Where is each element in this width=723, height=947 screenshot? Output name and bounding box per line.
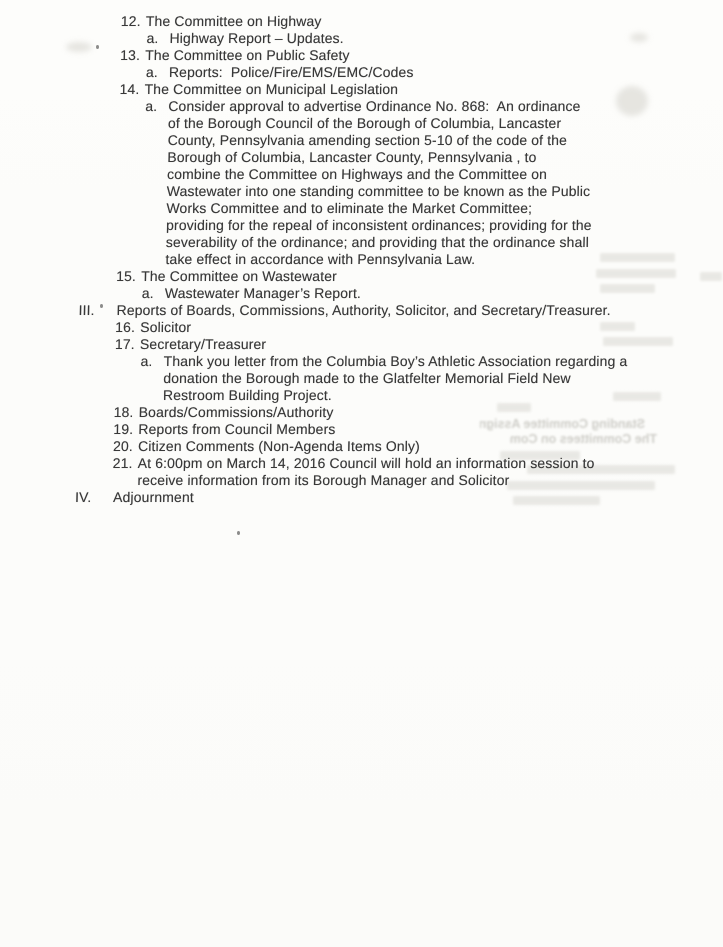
item-marker: 17. [115, 336, 140, 353]
agenda-item-14: 14.The Committee on Municipal Legislatio… [0, 81, 722, 98]
agenda-item-17: 17.Secretary/Treasurer [0, 336, 717, 353]
scan-smudge [616, 86, 648, 116]
scan-speck [237, 531, 240, 535]
item-text: Reports from Council Members [138, 421, 715, 438]
agenda-item-20: 20.Citizen Comments (Non-Agenda Items On… [0, 438, 715, 455]
item-text: Citizen Comments (Non-Agenda Items Only) [138, 438, 715, 455]
item-marker: a. [142, 285, 165, 302]
agenda-item-12: 12.The Committee on Highway [0, 13, 723, 30]
scan-smudge [66, 42, 92, 52]
agenda-item-a: a.Reports: Police/Fire/EMS/EMC/Codes [0, 64, 722, 81]
agenda-item-iv: IV.Adjournment [0, 489, 714, 506]
item-marker: 21. [113, 455, 138, 472]
item-text: The Committee on Highway [146, 13, 723, 30]
scan-speck [100, 304, 103, 308]
agenda-item-iii: III.Reports of Boards, Commissions, Auth… [0, 302, 718, 319]
item-text: Reports: Police/Fire/EMS/EMC/Codes [169, 64, 722, 81]
item-marker: 20. [113, 438, 138, 455]
item-text: The Committee on Wastewater [141, 268, 718, 285]
item-marker: a. [146, 30, 169, 47]
item-marker: 15. [116, 268, 141, 285]
agenda-item-a: a.Wastewater Manager’s Report. [0, 285, 718, 302]
item-text: Adjournment [113, 489, 714, 506]
item-marker: 13. [120, 47, 145, 64]
item-text: Reports of Boards, Commissions, Authorit… [116, 302, 717, 319]
agenda-item-21: 21.At 6:00pm on March 14, 2016 Council w… [0, 455, 715, 489]
item-marker: a. [140, 353, 163, 370]
item-marker: III. [78, 302, 116, 319]
item-text: Wastewater Manager’s Report. [165, 285, 718, 302]
scanned-agenda-page: { "page": { "background_color": "#fcfcfa… [0, 0, 723, 947]
item-text: Consider approval to advertise Ordinance… [165, 98, 721, 268]
agenda-item-a: a.Thank you letter from the Columbia Boy… [0, 353, 717, 404]
item-marker: IV. [75, 489, 113, 506]
agenda-item-18: 18.Boards/Commissions/Authority [0, 404, 716, 421]
item-text: Solicitor [140, 319, 717, 336]
item-marker: a. [145, 98, 168, 115]
item-text: The Committee on Public Safety [145, 47, 722, 64]
item-text: Boards/Commissions/Authority [139, 404, 716, 421]
item-text: Secretary/Treasurer [140, 336, 717, 353]
agenda-item-16: 16.Solicitor [0, 319, 717, 336]
item-marker: 18. [114, 404, 139, 421]
item-marker: 14. [119, 81, 144, 98]
item-marker: 19. [113, 421, 138, 438]
scan-speck [96, 45, 99, 49]
agenda-item-13: 13.The Committee on Public Safety [0, 47, 722, 64]
agenda-list: 12.The Committee on Highwaya.Highway Rep… [0, 13, 723, 506]
item-text: Thank you letter from the Columbia Boy’s… [163, 353, 717, 404]
agenda-item-15: 15.The Committee on Wastewater [0, 268, 718, 285]
item-marker: 16. [115, 319, 140, 336]
agenda-item-a: a.Consider approval to advertise Ordinan… [0, 98, 721, 268]
agenda-item-19: 19.Reports from Council Members [0, 421, 716, 438]
item-marker: a. [146, 64, 169, 81]
item-text: At 6:00pm on March 14, 2016 Council will… [137, 455, 715, 489]
item-marker: 12. [121, 13, 146, 30]
agenda-item-a: a.Highway Report – Updates. [0, 30, 723, 47]
scan-smudge [630, 33, 648, 42]
